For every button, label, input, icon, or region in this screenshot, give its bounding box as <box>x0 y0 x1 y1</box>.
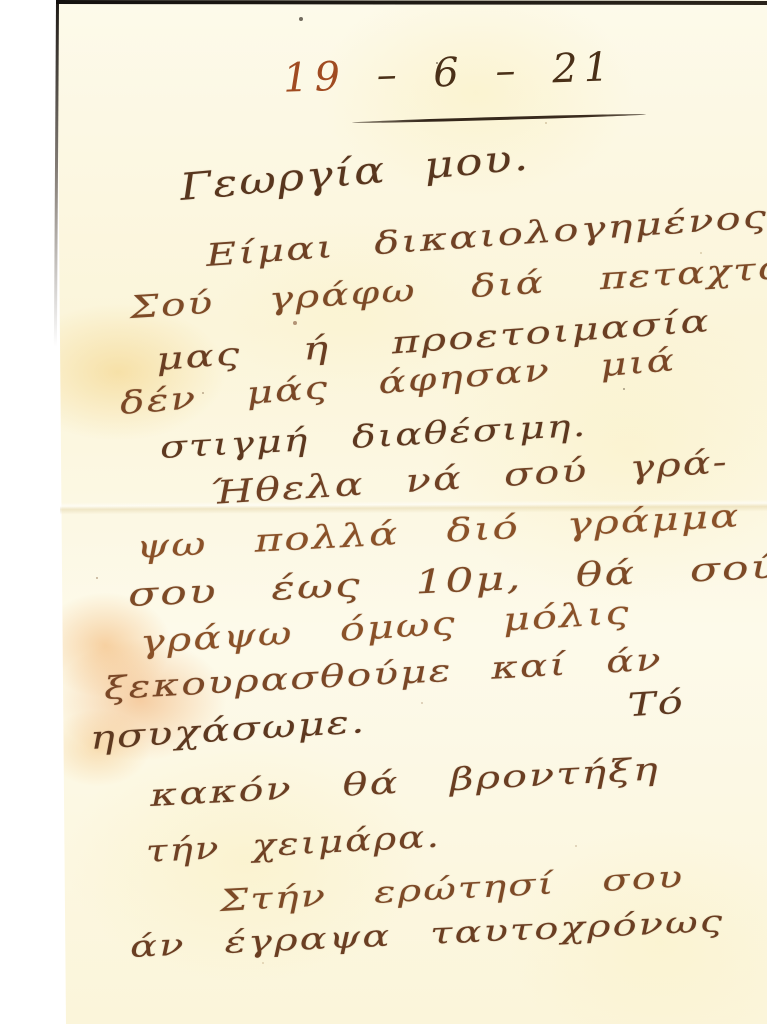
date-rest: – 6 – 21 <box>376 44 616 98</box>
scanner-left-edge <box>54 2 59 347</box>
date-day: 19 <box>282 54 346 102</box>
scanned-letter-page: 19 – 6 – 21 Γεωργία μου. Είμαι δικαιολογ… <box>0 0 767 1024</box>
paper-speckles <box>0 0 2 2</box>
